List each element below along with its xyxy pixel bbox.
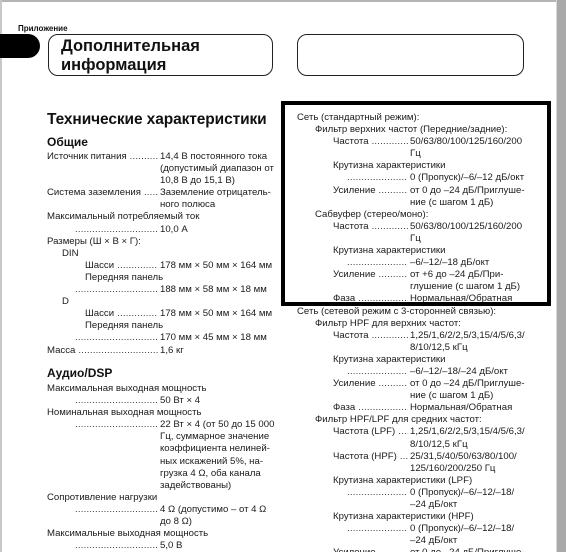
spec-value: 50/63/80/100/125/160/200 bbox=[410, 221, 522, 233]
spec-row: ........................................… bbox=[297, 172, 547, 184]
spec-row: Частота.................................… bbox=[297, 330, 547, 354]
spec-label: Фильтр верхних частот (Передние/задние): bbox=[315, 124, 507, 136]
spec-label: Фаза bbox=[333, 402, 355, 414]
spec-value: ных искажений 5%, на- bbox=[160, 456, 263, 468]
leader-dots: ........................................… bbox=[347, 172, 408, 184]
spec-row: DIN bbox=[47, 248, 277, 260]
spec-value: 8/10/12,5 кГц bbox=[410, 342, 468, 354]
spec-value: Нормальная/Обратная bbox=[410, 402, 512, 414]
spec-row: ........................................… bbox=[47, 540, 277, 552]
spec-label: Сопротивление нагрузки bbox=[47, 492, 157, 504]
spec-label: Источник питания bbox=[47, 151, 127, 163]
section-tab-marker bbox=[0, 34, 40, 58]
spec-row: Система заземления......................… bbox=[47, 187, 277, 211]
spec-value: –6/–12/–18 дБ/окт bbox=[410, 257, 489, 269]
spec-row: ........................................… bbox=[47, 504, 277, 528]
spec-value: 1,25/1,6/2/2,5/3,15/4/5/6,3/ bbox=[410, 330, 525, 342]
page-border-top bbox=[0, 0, 566, 2]
spec-label: Частота bbox=[333, 136, 369, 148]
spec-label: Усиление bbox=[333, 547, 376, 552]
spec-row: ........................................… bbox=[47, 284, 277, 296]
spec-row: Сеть (сетевой режим с 3-сторонней связью… bbox=[297, 306, 547, 318]
spec-row: Частота (LPF)...........................… bbox=[297, 426, 547, 450]
spec-row: Крутизна характеристики bbox=[297, 354, 547, 366]
spec-row: Фаза....................................… bbox=[297, 293, 547, 305]
spec-row: Усиление................................… bbox=[297, 269, 547, 293]
spec-value: Заземление отрицатель- bbox=[160, 187, 271, 199]
spec-value: коэффициента нелиней- bbox=[160, 443, 270, 455]
spec-row: Фильтр HPF для верхних частот: bbox=[297, 318, 547, 330]
spec-label: Крутизна характеристики bbox=[333, 354, 446, 366]
audio-heading: Аудио/DSP bbox=[47, 366, 112, 380]
main-heading: Технические характеристики bbox=[47, 111, 267, 129]
page-title-line1: Дополнительная bbox=[61, 37, 272, 56]
leader-dots: ........................................… bbox=[347, 487, 408, 499]
spec-row: Размеры (Ш × В × Г): bbox=[47, 236, 277, 248]
spec-label: Передняя панель bbox=[85, 272, 163, 284]
spec-row: Масса...................................… bbox=[47, 345, 277, 357]
spec-row: ........................................… bbox=[297, 366, 547, 378]
spec-row: Крутизна характеристики bbox=[297, 160, 547, 172]
section-label: Приложение bbox=[18, 24, 68, 33]
spec-row: Максимальные выходная мощность bbox=[47, 528, 277, 540]
spec-row: Источник питания........................… bbox=[47, 151, 277, 187]
spec-row: Усиление................................… bbox=[297, 185, 547, 209]
spec-value: от 0 до –24 дБ/Приглуше- bbox=[410, 185, 525, 197]
spec-row: Частота.................................… bbox=[297, 221, 547, 245]
spec-value: до 8 Ω) bbox=[160, 516, 192, 528]
spec-value: 0 (Пропуск)/–6/–12/–18/ bbox=[410, 523, 514, 535]
leader-dots: ........................................… bbox=[372, 136, 408, 148]
spec-row: Усиление................................… bbox=[297, 547, 547, 552]
leader-dots: ........................................… bbox=[75, 540, 158, 552]
spec-row: Шасси...................................… bbox=[47, 260, 277, 272]
spec-label: Сеть (стандартный режим): bbox=[297, 112, 419, 124]
leader-dots: ........................................… bbox=[379, 185, 408, 197]
spec-label: Частота bbox=[333, 330, 369, 342]
page-title-line2: информация bbox=[61, 56, 272, 75]
audio-specs: Максимальная выходная мощность..........… bbox=[47, 383, 277, 552]
spec-value: (допустимый диапазон от bbox=[160, 163, 274, 175]
spec-row: Передняя панель bbox=[47, 272, 277, 284]
spec-row: ........................................… bbox=[47, 224, 277, 236]
page-scrollbar-edge bbox=[556, 0, 566, 552]
leader-dots: ........................................… bbox=[75, 224, 158, 236]
spec-row: Усиление................................… bbox=[297, 378, 547, 402]
spec-value: от 0 до –24 дБ/Приглуше- bbox=[410, 378, 525, 390]
spec-value: грузка 4 Ω, оба канала bbox=[160, 468, 261, 480]
spec-row: Максимальный потребляемый ток bbox=[47, 211, 277, 223]
general-heading: Общие bbox=[47, 135, 88, 149]
spec-value: задействованы) bbox=[160, 480, 231, 492]
leader-dots: ........................................… bbox=[130, 151, 158, 163]
leader-dots: ........................................… bbox=[347, 257, 408, 269]
spec-label: Усиление bbox=[333, 269, 376, 281]
spec-row: Крутизна характеристики (LPF) bbox=[297, 475, 547, 487]
leader-dots: ........................................… bbox=[347, 523, 408, 535]
spec-value: от 0 до –24 дБ/Приглуше- bbox=[410, 547, 525, 552]
spec-value: 0 (Пропуск)/–6/–12/–18/ bbox=[410, 487, 514, 499]
spec-value: 5,0 В bbox=[160, 540, 182, 552]
spec-value: Гц bbox=[410, 148, 421, 160]
spec-value: 170 мм × 45 мм × 18 мм bbox=[160, 332, 267, 344]
spec-label: Шасси bbox=[85, 308, 114, 320]
leader-dots: ........................................… bbox=[358, 402, 408, 414]
spec-row: ........................................… bbox=[47, 395, 277, 407]
spec-value: –24 дБ/окт bbox=[410, 535, 457, 547]
page-border-left bbox=[0, 0, 2, 552]
leader-dots: ........................................… bbox=[144, 187, 158, 199]
spec-value: 1,6 кг bbox=[160, 345, 184, 357]
leader-dots: ........................................… bbox=[75, 419, 158, 431]
spec-label: Максимальный потребляемый ток bbox=[47, 211, 199, 223]
spec-value: 22 Вт × 4 (от 50 до 15 000 bbox=[160, 419, 274, 431]
spec-label: Крутизна характеристики bbox=[333, 245, 446, 257]
leader-dots: ........................................… bbox=[358, 293, 408, 305]
spec-row: Сопротивление нагрузки bbox=[47, 492, 277, 504]
spec-value: 178 мм × 50 мм × 164 мм bbox=[160, 308, 272, 320]
leader-dots: ........................................… bbox=[75, 332, 158, 344]
spec-row: Передняя панель bbox=[47, 320, 277, 332]
empty-header-box bbox=[297, 34, 524, 76]
spec-label: Передняя панель bbox=[85, 320, 163, 332]
spec-value: 8/10/12,5 кГц bbox=[410, 439, 468, 451]
spec-value: 25/31,5/40/50/63/80/100/ bbox=[410, 451, 517, 463]
spec-label: Усиление bbox=[333, 185, 376, 197]
spec-label: Фаза bbox=[333, 293, 355, 305]
spec-value: 10,0 А bbox=[160, 224, 188, 236]
leader-dots: ........................................… bbox=[117, 308, 158, 320]
leader-dots: ........................................… bbox=[379, 547, 408, 552]
page-title-box: Дополнительная информация bbox=[48, 34, 273, 76]
spec-row: Номинальная выходная мощность bbox=[47, 407, 277, 419]
leader-dots: ........................................… bbox=[75, 504, 158, 516]
spec-row: ........................................… bbox=[47, 332, 277, 344]
spec-label: Частота bbox=[333, 221, 369, 233]
spec-label: Крутизна характеристики bbox=[333, 160, 446, 172]
spec-label: Фильтр HPF для верхних частот: bbox=[315, 318, 461, 330]
leader-dots: ........................................… bbox=[372, 330, 408, 342]
spec-row: ........................................… bbox=[297, 487, 547, 511]
spec-label: Крутизна характеристики (HPF) bbox=[333, 511, 474, 523]
spec-label: D bbox=[62, 296, 69, 308]
spec-value: Гц, суммарное значение bbox=[160, 431, 269, 443]
leader-dots: ........................................… bbox=[117, 260, 158, 272]
leader-dots: ........................................… bbox=[347, 366, 408, 378]
spec-value: 10,8 В до 15,1 В) bbox=[160, 175, 235, 187]
spec-value: ного полюса bbox=[160, 199, 215, 211]
spec-label: Номинальная выходная мощность bbox=[47, 407, 202, 419]
spec-value: 14,4 В постоянного тока bbox=[160, 151, 267, 163]
leader-dots: ........................................… bbox=[379, 378, 408, 390]
spec-label: Масса bbox=[47, 345, 75, 357]
spec-value: Нормальная/Обратная bbox=[410, 293, 512, 305]
spec-label: DIN bbox=[62, 248, 79, 260]
spec-label: Усиление bbox=[333, 378, 376, 390]
spec-value: 50/63/80/100/125/160/200 bbox=[410, 136, 522, 148]
spec-row: Крутизна характеристики bbox=[297, 245, 547, 257]
spec-value: глушение (с шагом 1 дБ) bbox=[410, 281, 520, 293]
spec-label: Максимальная выходная мощность bbox=[47, 383, 206, 395]
spec-value: Гц bbox=[410, 233, 421, 245]
spec-label: Фильтр HPF/LPF для средних частот: bbox=[315, 414, 482, 426]
spec-value: ние (с шагом 1 дБ) bbox=[410, 390, 493, 402]
leader-dots: ........................................… bbox=[400, 451, 408, 463]
spec-value: ние (с шагом 1 дБ) bbox=[410, 197, 493, 209]
spec-row: Сеть (стандартный режим): bbox=[297, 112, 547, 124]
spec-value: от +6 до –24 дБ/При- bbox=[410, 269, 503, 281]
spec-label: Размеры (Ш × В × Г): bbox=[47, 236, 141, 248]
leader-dots: ........................................… bbox=[372, 221, 408, 233]
spec-value: 178 мм × 50 мм × 164 мм bbox=[160, 260, 272, 272]
spec-value: 4 Ω (допустимо – от 4 Ω bbox=[160, 504, 266, 516]
spec-value: 188 мм × 58 мм × 18 мм bbox=[160, 284, 267, 296]
spec-label: Крутизна характеристики (LPF) bbox=[333, 475, 472, 487]
spec-value: –6/–12/–18/–24 дБ/окт bbox=[410, 366, 508, 378]
spec-value: 0 (Пропуск)/–6/–12 дБ/окт bbox=[410, 172, 524, 184]
network-specs: Сеть (стандартный режим):Фильтр верхних … bbox=[297, 112, 547, 552]
leader-dots: ........................................… bbox=[379, 269, 408, 281]
leader-dots: ........................................… bbox=[398, 426, 408, 438]
leader-dots: ........................................… bbox=[75, 284, 158, 296]
spec-label: Шасси bbox=[85, 260, 114, 272]
spec-row: D bbox=[47, 296, 277, 308]
spec-row: Частота (HPF)...........................… bbox=[297, 451, 547, 475]
spec-row: Крутизна характеристики (HPF) bbox=[297, 511, 547, 523]
spec-label: Максимальные выходная мощность bbox=[47, 528, 208, 540]
spec-row: Фильтр верхних частот (Передние/задние): bbox=[297, 124, 547, 136]
spec-row: Сабвуфер (стерео/моно): bbox=[297, 209, 547, 221]
spec-label: Частота (HPF) bbox=[333, 451, 397, 463]
spec-row: Частота.................................… bbox=[297, 136, 547, 160]
general-specs: Источник питания........................… bbox=[47, 151, 277, 357]
spec-row: ........................................… bbox=[297, 523, 547, 547]
spec-row: Фаза....................................… bbox=[297, 402, 547, 414]
spec-row: ........................................… bbox=[297, 257, 547, 269]
spec-row: ........................................… bbox=[47, 419, 277, 492]
spec-value: 50 Вт × 4 bbox=[160, 395, 200, 407]
spec-row: Фильтр HPF/LPF для средних частот: bbox=[297, 414, 547, 426]
leader-dots: ........................................… bbox=[78, 345, 158, 357]
spec-label: Система заземления bbox=[47, 187, 141, 199]
spec-row: Шасси...................................… bbox=[47, 308, 277, 320]
spec-label: Сеть (сетевой режим с 3-сторонней связью… bbox=[297, 306, 496, 318]
spec-label: Частота (LPF) bbox=[333, 426, 395, 438]
spec-value: 1,25/1,6/2/2,5/3,15/4/5/6,3/ bbox=[410, 426, 525, 438]
spec-value: 125/160/200/250 Гц bbox=[410, 463, 495, 475]
spec-value: –24 дБ/окт bbox=[410, 499, 457, 511]
spec-row: Максимальная выходная мощность bbox=[47, 383, 277, 395]
leader-dots: ........................................… bbox=[75, 395, 158, 407]
spec-label: Сабвуфер (стерео/моно): bbox=[315, 209, 428, 221]
